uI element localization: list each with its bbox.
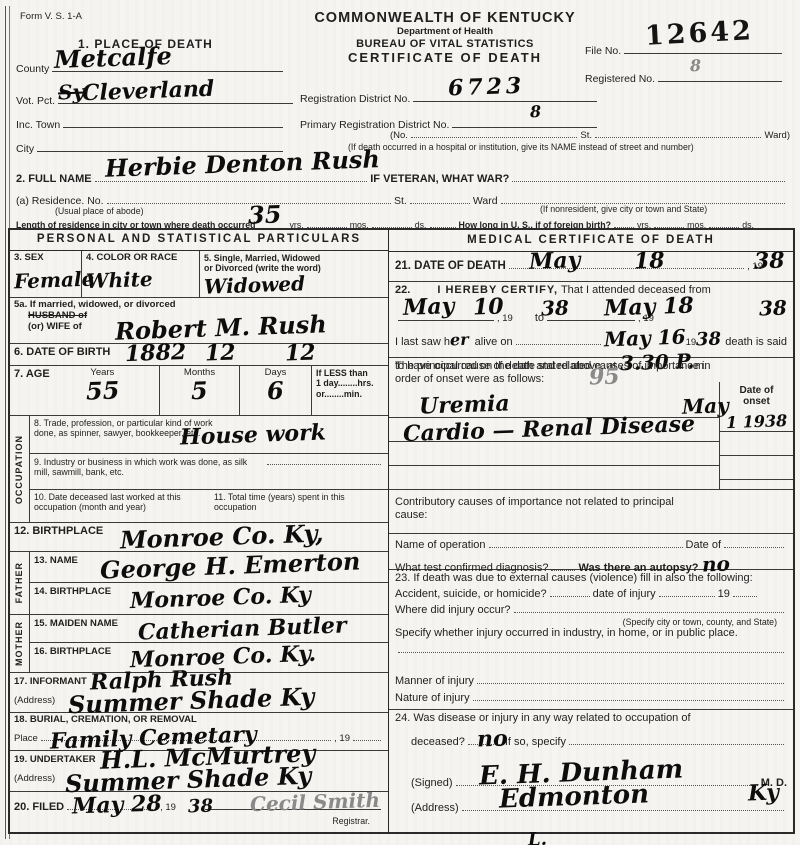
informant-row: 17. INFORMANT Ralph Rush (Address) Summe…: [10, 673, 388, 713]
residence-st-label: St.: [394, 195, 407, 207]
dob-month-handwritten: 12: [205, 342, 236, 365]
age-label: 7. AGE: [14, 368, 50, 413]
undertaker-row: 19. UNDERTAKER H.L. McMurtrey (Address) …: [10, 751, 388, 793]
no-label: (No.: [390, 131, 408, 142]
city-label: City: [16, 143, 34, 155]
county-label: County: [16, 63, 49, 75]
certify-block: 22. I HEREBY CERTIFY, That I attended de…: [389, 282, 793, 358]
external-causes-block: 23. If death was due to external causes …: [389, 570, 793, 670]
onset-line-3: [720, 456, 793, 480]
date-of-dots: [724, 538, 784, 548]
industry-row: 9. Industry or business in which work wa…: [30, 454, 388, 490]
hospital-note: (If death occurred in a hospital or inst…: [348, 142, 798, 152]
residence-ward-label: Ward: [473, 195, 498, 207]
informant-label: 17. INFORMANT: [14, 676, 87, 687]
deceased-label: deceased?: [411, 736, 465, 749]
bureau-subtitle: BUREAU OF VITAL STATISTICS: [280, 38, 610, 51]
undertaker-label: 19. UNDERTAKER: [14, 754, 96, 765]
stray-pencil-mark: 95: [589, 365, 620, 388]
last-saw-year: 38: [696, 331, 722, 350]
trade-row: 8. Trade, profession, or particular kind…: [30, 416, 388, 454]
less-than-label: If LESS than 1 day........hrs. or.......…: [316, 368, 384, 398]
where-injury-label: Where did injury occur?: [395, 604, 511, 617]
signed-block: (Signed) M. D. E. H. Dunham (Address) Ed…: [389, 766, 793, 832]
age-less-cell: If LESS than 1 day........hrs. or.......…: [312, 366, 388, 415]
registered-no-label: Registered No.: [585, 73, 655, 85]
mother-side-label: MOTHER: [14, 621, 24, 666]
father-birthplace-handwritten: Monroe Co. Ky: [130, 584, 312, 612]
father-band: FATHER 13. NAME George H. Emerton 14. BI…: [10, 552, 388, 615]
color-cell: 4. COLOR OR RACE White: [82, 251, 200, 297]
operation-label: Name of operation: [395, 539, 486, 552]
cause2-handwritten: Cardio — Renal Disease: [403, 413, 696, 445]
vot-pct-handwritten: Cleverland: [82, 78, 215, 105]
dob-day-handwritten: 12: [285, 342, 316, 365]
dod-year-handwritten: 38: [754, 249, 785, 272]
injury-detail-block: Manner of injury Nature of injury: [389, 670, 793, 710]
mother-name-row: 15. MAIDEN NAME Catherian Butler: [30, 615, 388, 644]
father-name-label: 13. NAME: [34, 555, 78, 566]
nature-dots: [473, 692, 784, 702]
cause-line-4: [389, 466, 719, 490]
occupation-band: OCCUPATION 8. Trade, profession, or part…: [10, 416, 388, 523]
signed-address-label: (Address): [411, 802, 459, 815]
attended-from-month: May: [403, 295, 455, 319]
nonresident-note: (If nonresident, give city or town and S…: [540, 204, 707, 214]
date-of-label: Date of: [686, 539, 721, 552]
registered-no-handwritten: 8: [690, 58, 702, 74]
last-saw-date: May 16: [604, 327, 686, 350]
dod-day-handwritten: 18: [634, 249, 665, 272]
filed-row: 20. FILED , 19 May 28 38 Cecil Smith Reg…: [10, 792, 388, 832]
st-dots: [595, 128, 761, 138]
specify-city-note: (Specify city or town, county, and State…: [395, 617, 787, 627]
age-months-handwritten: 5: [191, 379, 209, 404]
q24-handwritten: no: [477, 727, 508, 750]
inc-town-underline: [63, 118, 283, 128]
where-dots: [514, 603, 784, 613]
medical-title: MEDICAL CERTIFICATE OF DEATH: [467, 234, 715, 247]
industry-dots: [267, 456, 381, 465]
onset-line-1: 1 1938: [720, 408, 793, 432]
onset-line-2: [720, 432, 793, 456]
cause-of-death-block: The principal cause of death and related…: [389, 358, 793, 490]
department-subtitle: Department of Health: [280, 27, 610, 38]
veteran-dots: [512, 172, 785, 182]
inc-town-label: Inc. Town: [16, 119, 60, 131]
registrar-label: Registrar.: [14, 816, 384, 826]
total-time-label: 11. Total time (years) spent in this occ…: [214, 492, 384, 521]
file-no-stamped: 12642: [644, 15, 754, 52]
occupation-side-label: OCCUPATION: [14, 435, 24, 504]
manner-label: Manner of injury: [395, 675, 474, 688]
color-handwritten: White: [86, 269, 153, 291]
age-days-cell: Days 6: [240, 366, 312, 415]
dob-year-handwritten: 1882: [125, 341, 187, 365]
father-side-label: FATHER: [14, 562, 24, 603]
sex-handwritten: Female: [14, 268, 95, 291]
last-worked-row: 10. Date deceased last worked at this oc…: [30, 490, 388, 523]
q24-label: 24. Was disease or injury in any way rel…: [395, 712, 787, 725]
age-days-handwritten: 6: [267, 379, 285, 404]
filed-year-handwritten: 38: [188, 798, 214, 817]
burial-19-label: , 19: [334, 734, 350, 745]
primary-registration-underline: [452, 118, 597, 128]
date-of-death-row: 21. DATE OF DEATH , 19 May 18 38: [389, 252, 793, 282]
length-residence-handwritten: 35: [248, 202, 282, 227]
birthplace-label: 12. BIRTHPLACE: [14, 525, 103, 537]
cause-line-3: [389, 442, 719, 466]
manner-dots: [477, 674, 784, 684]
residence-ward-dots: [501, 194, 785, 204]
registrar-signature: Cecil Smith: [250, 790, 381, 815]
ifso-label: If so, specify: [505, 736, 566, 749]
d6: [709, 219, 739, 228]
injury-19-dots: [733, 587, 757, 597]
vot-pct-label: Vot. Pct.: [16, 95, 55, 107]
mother-side-strip: MOTHER: [10, 615, 30, 672]
father-birthplace-label: 14. BIRTHPLACE: [34, 586, 111, 597]
sex-cell: 3. SEX Female: [10, 251, 82, 297]
color-label: 4. COLOR OR RACE: [86, 253, 195, 264]
last-saw-dots: [516, 336, 602, 346]
trade-handwritten: House work: [180, 422, 327, 449]
d5: [654, 219, 684, 228]
cause-line-2: Cardio — Renal Disease: [389, 418, 719, 442]
d2: [372, 219, 412, 228]
d3: [430, 219, 456, 228]
certificate-title: CERTIFICATE OF DEATH: [280, 51, 610, 66]
death-said-text: death is said: [725, 336, 787, 349]
age-months-cell: Months 5: [160, 366, 240, 415]
signed-label: (Signed): [411, 777, 453, 790]
marital-label: 5. Single, Married, Widowed or Divorced …: [204, 253, 384, 273]
file-no-label: File No.: [585, 45, 621, 57]
industry-label: 9. Industry or business in which work wa…: [34, 457, 264, 477]
attended-to-year: 38: [759, 298, 788, 319]
date-of-birth-row: 6. DATE OF BIRTH 1882 12 12: [10, 344, 388, 366]
physician-address-handwritten: Edmonton: [499, 781, 650, 812]
ifso-dots: [569, 735, 784, 745]
form-number: Form V. S. 1-A: [20, 12, 82, 23]
attended-to-date: May 18: [604, 294, 694, 319]
certificate-body: PERSONAL AND STATISTICAL PARTICULARS 3. …: [8, 228, 795, 834]
age-row: 7. AGE Years 55 Months 5 Days 6 If LESS …: [10, 366, 388, 416]
last-worked-label: 10. Date deceased last worked at this oc…: [34, 492, 214, 521]
age-years-cell: 7. AGE Years 55: [10, 366, 160, 415]
date-of-onset-header: Date of onset: [720, 382, 793, 407]
mother-birthplace-label: 16. BIRTHPLACE: [34, 646, 111, 657]
father-side-strip: FATHER: [10, 552, 30, 614]
q23-label: 23. If death was due to external causes …: [395, 572, 787, 585]
sex-color-marital-row: 3. SEX Female 4. COLOR OR RACE White 5. …: [10, 251, 388, 298]
full-name-label: 2. FULL NAME: [16, 173, 92, 186]
residence-st-dots: [410, 194, 470, 204]
contributory-label: Contributory causes of importance not re…: [395, 496, 695, 521]
date-injury-dots: [659, 587, 715, 597]
attended-from-year: 38: [541, 298, 570, 319]
operation-dots: [489, 538, 683, 548]
alive-on-text: alive on: [475, 336, 513, 349]
occupation-side-strip: OCCUPATION: [10, 416, 30, 522]
filed-19-label: , 19: [160, 803, 176, 814]
county-handwritten: Metcalfe: [54, 44, 173, 72]
dob-label: 6. DATE OF BIRTH: [14, 346, 110, 358]
nature-label: Nature of injury: [395, 692, 470, 705]
father-name-handwritten: George H. Emerton: [100, 549, 361, 582]
st-label: St.: [580, 131, 592, 142]
attended-from-day: 10: [473, 295, 504, 318]
registered-no-line: Registered No.: [585, 72, 785, 86]
filed-date-handwritten: May 28: [72, 793, 162, 818]
cause1-handwritten: Uremia: [419, 392, 510, 417]
last-saw-19: 19: [686, 338, 697, 349]
burial-place-label: Place: [14, 734, 38, 745]
personal-title-row: PERSONAL AND STATISTICAL PARTICULARS: [10, 230, 388, 251]
d1: [307, 219, 347, 228]
specify-injury-label: Specify whether injury occurred in indus…: [395, 627, 787, 640]
d4: [614, 219, 634, 228]
spouse-row: 5a. If married, widowed, or divorced HUS…: [10, 298, 388, 344]
veteran-label: IF VETERAN, WHAT WAR?: [370, 173, 509, 186]
cause1-month-handwritten: May: [682, 395, 729, 417]
inc-town-line: Inc. Town: [16, 118, 286, 132]
personal-statistical-column: PERSONAL AND STATISTICAL PARTICULARS 3. …: [10, 230, 389, 832]
dod-label: 21. DATE OF DEATH: [395, 260, 506, 273]
filed-label: 20. FILED: [14, 801, 64, 814]
contributory-block: Contributory causes of importance not re…: [389, 490, 793, 534]
registration-district-handwritten: 6723: [448, 75, 526, 100]
death-certificate-scan: Form V. S. 1-A 1. PLACE OF DEATH County …: [0, 0, 800, 845]
dod-month-handwritten: May: [529, 249, 581, 273]
accident-dots: [550, 587, 590, 597]
registered-no-underline: [658, 72, 782, 82]
stray-bottom-mark: L.: [528, 831, 548, 845]
father-birthplace-row: 14. BIRTHPLACE Monroe Co. Ky: [30, 583, 388, 614]
vot-pct-struck-handwriting: Sy: [58, 82, 85, 103]
registration-district-label: Registration District No.: [300, 93, 410, 105]
primary-registration-handwritten: 8: [530, 104, 542, 120]
injury-19-label: 19: [718, 588, 730, 601]
blank-dots: [398, 643, 784, 653]
cause1-onset-handwritten: 1 1938: [726, 413, 788, 431]
marital-handwritten: Widowed: [204, 273, 306, 297]
date-of-onset-column: Date of onset 1 1938: [719, 382, 793, 489]
medical-certificate-column: MEDICAL CERTIFICATE OF DEATH 21. DATE OF…: [389, 230, 793, 832]
mother-name-label: 15. MAIDEN NAME: [34, 618, 118, 629]
last-saw-text: I last saw h: [395, 336, 450, 349]
marital-cell: 5. Single, Married, Widowed or Divorced …: [200, 251, 388, 297]
father-name-row: 13. NAME George H. Emerton: [30, 552, 388, 583]
no-dots: [411, 128, 577, 138]
date-injury-label: date of injury: [593, 588, 656, 601]
mother-name-handwritten: Catherian Butler: [138, 614, 347, 643]
medical-title-row: MEDICAL CERTIFICATE OF DEATH: [389, 230, 793, 252]
personal-title: PERSONAL AND STATISTICAL PARTICULARS: [37, 233, 361, 246]
mother-band: MOTHER 15. MAIDEN NAME Catherian Butler …: [10, 615, 388, 673]
age-years-handwritten: 55: [85, 379, 119, 404]
abode-note: (Usual place of abode): [55, 206, 144, 216]
ward-label: Ward): [764, 131, 790, 142]
last-saw-her: er: [450, 332, 469, 349]
street-ward-line: (No. St. Ward): [390, 128, 790, 141]
burial-19-dots: [353, 732, 381, 741]
commonwealth-title: COMMONWEALTH OF KENTUCKY: [280, 10, 610, 27]
operation-block: Name of operation Date of What test conf…: [389, 534, 793, 570]
physician-address-state: Ky: [748, 781, 780, 804]
accident-label: Accident, suicide, or homicide?: [395, 588, 547, 601]
sex-label: 3. SEX: [14, 253, 77, 264]
